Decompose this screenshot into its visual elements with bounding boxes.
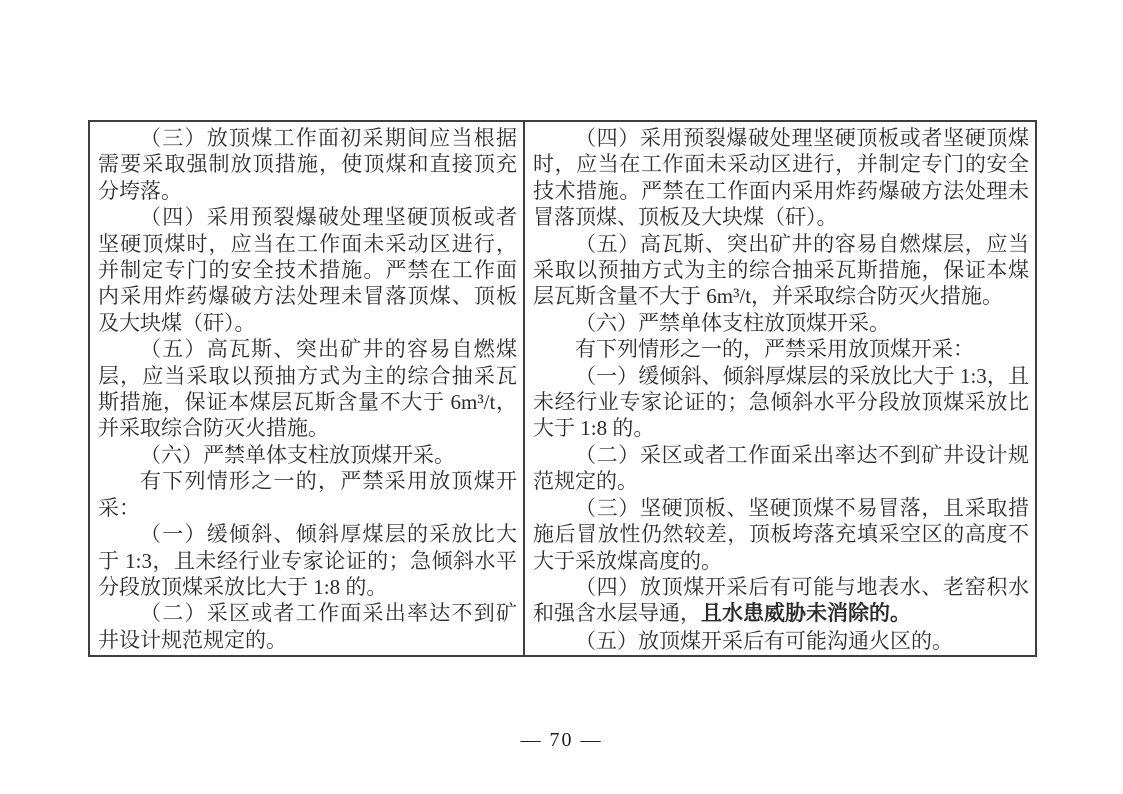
paragraph: （四）放顶煤开采后有可能与地表水、老窑积水和强含水层导通，且水患威胁未消除的。 [533, 574, 1029, 628]
regulation-table: （三）放顶煤工作面初采期间应当根据需要采取强制放顶措施，使顶煤和直接顶充分垮落。… [88, 120, 1037, 657]
paragraph: 有下列情形之一的，严禁采用放顶煤开采： [98, 468, 517, 521]
paragraph: （三）坚硬顶板、坚硬顶煤不易冒落，且采取措施后冒放性仍然较差，顶板垮落充填采空区… [533, 495, 1029, 574]
table-cell-left: （三）放顶煤工作面初采期间应当根据需要采取强制放顶措施，使顶煤和直接顶充分垮落。… [90, 122, 523, 655]
text-segment: 有下列情形之一的，严禁采用放顶煤开采： [98, 469, 517, 519]
paragraph: （一）缓倾斜、倾斜厚煤层的采放比大于 1:3，且未经行业专家论证的；急倾斜水平分… [98, 521, 517, 600]
paragraph: （三）放顶煤工作面初采期间应当根据需要采取强制放顶措施，使顶煤和直接顶充分垮落。 [98, 125, 517, 204]
paragraph: （四）采用预裂爆破处理坚硬顶板或者坚硬顶煤时，应当在工作面未采动区进行，并制定专… [533, 125, 1029, 231]
table-cell-right: （四）采用预裂爆破处理坚硬顶板或者坚硬顶煤时，应当在工作面未采动区进行，并制定专… [523, 122, 1035, 655]
paragraph: （六）严禁单体支柱放顶煤开采。 [98, 442, 517, 468]
paragraph: （二）采区或者工作面采出率达不到矿井设计规范规定的。 [98, 600, 517, 653]
paragraph: （六）严禁单体支柱放顶煤开采。 [533, 310, 1029, 336]
paragraph: （一）缓倾斜、倾斜厚煤层的采放比大于 1:3，且未经行业专家论证的；急倾斜水平分… [533, 363, 1029, 442]
text-segment: （一）缓倾斜、倾斜厚煤层的采放比大于 1:3，且未经行业专家论证的；急倾斜水平分… [533, 364, 1029, 441]
text-segment: （二）采区或者工作面采出率达不到矿井设计规范规定的。 [98, 601, 517, 651]
text-segment: 有下列情形之一的，严禁采用放顶煤开采： [575, 337, 974, 361]
text-segment: （五）高瓦斯、突出矿井的容易自燃煤层，应当采取以预抽方式为主的综合抽采瓦斯措施，… [533, 232, 1029, 309]
paragraph: （二）采区或者工作面采出率达不到矿井设计规范规定的。 [533, 442, 1029, 495]
text-segment: （四）采用预裂爆破处理坚硬顶板或者坚硬顶煤时，应当在工作面未采动区进行，并制定专… [98, 205, 517, 335]
page-number: — 70 — [0, 729, 1123, 752]
text-segment: （三）放顶煤工作面初采期间应当根据需要采取强制放顶措施，使顶煤和直接顶充分垮落。 [98, 126, 517, 203]
paragraph: （五）高瓦斯、突出矿井的容易自燃煤层，应当采取以预抽方式为主的综合抽采瓦斯措施，… [98, 336, 517, 442]
text-segment: （六）严禁单体支柱放顶煤开采。 [140, 443, 455, 467]
text-segment: （一）缓倾斜、倾斜厚煤层的采放比大于 1:3，且未经行业专家论证的；急倾斜水平分… [98, 522, 517, 599]
paragraph: （五）高瓦斯、突出矿井的容易自燃煤层，应当采取以预抽方式为主的综合抽采瓦斯措施，… [533, 231, 1029, 310]
text-segment: （六）严禁单体支柱放顶煤开采。 [575, 311, 890, 335]
text-segment: （五）放顶煤开采后有可能沟通火区的。 [575, 629, 953, 653]
paragraph: （五）放顶煤开采后有可能沟通火区的。 [533, 628, 1029, 654]
text-segment: （四）采用预裂爆破处理坚硬顶板或者坚硬顶煤时，应当在工作面未采动区进行，并制定专… [533, 126, 1029, 229]
bold-text-segment: 且水患威胁未消除的。 [701, 602, 911, 625]
paragraph: 有下列情形之一的，严禁采用放顶煤开采： [533, 336, 1029, 362]
document-page: （三）放顶煤工作面初采期间应当根据需要采取强制放顶措施，使顶煤和直接顶充分垮落。… [0, 0, 1123, 794]
paragraph: （四）采用预裂爆破处理坚硬顶板或者坚硬顶煤时，应当在工作面未采动区进行，并制定专… [98, 204, 517, 336]
text-segment: （三）坚硬顶板、坚硬顶煤不易冒落，且采取措施后冒放性仍然较差，顶板垮落充填采空区… [533, 496, 1029, 573]
text-segment: （五）高瓦斯、突出矿井的容易自燃煤层，应当采取以预抽方式为主的综合抽采瓦斯措施，… [98, 337, 517, 440]
text-segment: （二）采区或者工作面采出率达不到矿井设计规范规定的。 [533, 443, 1029, 493]
